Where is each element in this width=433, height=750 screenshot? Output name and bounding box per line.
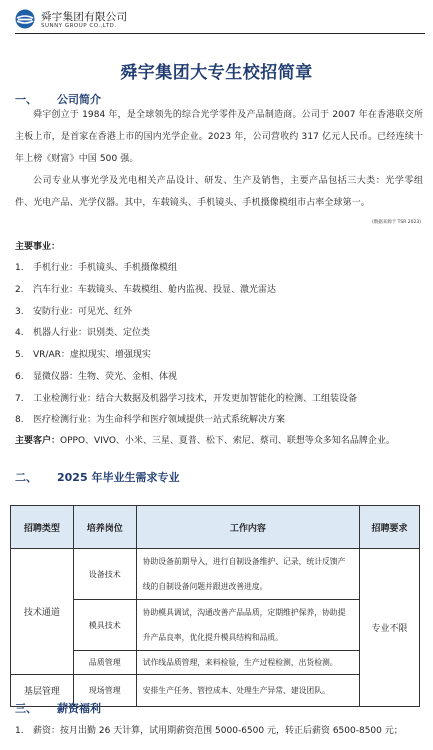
table-header-row: 招聘类型 培养岗位 工作内容 招聘要求 [11,506,420,549]
list-index: 8. [15,415,33,425]
list-text: VR/AR：虚拟现实、增强现实 [33,350,151,360]
list-index: 7. [15,394,33,404]
column-header: 招聘类型 [11,506,74,549]
list-item: 5.VR/AR：虚拟现实、增强现实 [15,347,151,360]
list-index: 1. [15,263,33,273]
page-title: 舜宇集团大专生校招简章 [0,58,433,83]
intro-paragraph-2: 公司专业从事光学及光电相关产品设计、研发、生产及销售，主要产品包括三大类：光学零… [15,170,423,214]
section-number: 三、 [15,700,57,716]
position-cell: 设备技术 [73,549,136,600]
list-text: 显微仪器：生物、荧光、金相、体视 [33,372,177,382]
list-item: 3.安防行业：可见光、红外 [15,304,132,317]
content-cell: 试作线品质管理，来料检验，生产过程检测，出货检测。 [136,651,359,675]
company-name-en: SUNNY GROUP CO.,LTD. [41,23,116,29]
list-text: 机器人行业：识别类、定位类 [33,328,150,338]
list-index: 5. [15,350,33,360]
list-index: 2. [15,285,33,295]
section-title: 薪资福利 [57,702,101,715]
requirement-cell: 专业不限 [360,549,420,707]
customers-text: OPPO、VIVO、小米、三星、夏普、松下、索尼、蔡司、联想等众多知名品牌企业。 [60,436,395,446]
data-source-note: (数据来源于 TSR 2023) [372,219,421,225]
customers-label: 主要客户： [15,436,60,446]
section-heading-salary: 三、薪资福利 [15,700,101,716]
recruitment-table: 招聘类型 培养岗位 工作内容 招聘要求 技术通道 设备技术 协助设备前期导入，进… [10,505,420,707]
section-title: 2025 年毕业生需求专业 [57,471,179,484]
document-header: 舜宇集团有限公司 SUNNY GROUP CO.,LTD. [15,8,425,34]
list-item: 4.机器人行业：识别类、定位类 [15,325,150,338]
list-index: 1. [15,726,33,736]
main-customers: 主要客户：OPPO、VIVO、小米、三星、夏普、松下、索尼、蔡司、联想等众多知名… [15,433,395,446]
column-header: 工作内容 [136,506,359,549]
list-text: 工业检测行业：结合大数据及机器学习技术，开发更加智能化的检测、工组装设备 [33,394,357,404]
list-text: 安防行业：可见光、红外 [33,307,132,317]
list-index: 3. [15,307,33,317]
position-cell: 品质管理 [73,651,136,675]
section-number: 二、 [15,469,57,485]
position-cell: 模具技术 [73,600,136,651]
list-text: 医疗检测行业：为生命科学和医疗领域提供一站式系统解决方案 [33,415,285,425]
content-cell: 协助模具调试，沟通改善产品品质，定期维护保养，协助提升产品良率，优化提升模具结构… [136,600,359,651]
list-item: 6.显微仪器：生物、荧光、金相、体视 [15,369,177,382]
column-header: 招聘要求 [360,506,420,549]
content-cell: 安排生产任务、管控成本、处理生产异常、建设团队。 [136,675,359,707]
list-item: 1.手机行业：手机镜头、手机摄像模组 [15,260,177,273]
intro-paragraph-1: 舜宇创立于 1984 年，是全球领先的综合光学零件及产品制造商。公司于 2007… [15,104,423,170]
list-text: 薪资：按月出勤 26 天计算，试用期薪资范围 5000-6500 元，转正后薪资… [33,726,403,736]
table-row: 技术通道 设备技术 协助设备前期导入，进行自制设备维护、记录，统计反馈产线的自制… [11,549,420,600]
list-index: 6. [15,372,33,382]
sunny-logo-icon [15,9,35,29]
company-name-cn: 舜宇集团有限公司 [41,9,127,24]
list-item: 8.医疗检测行业：为生命科学和医疗领域提供一站式系统解决方案 [15,412,285,425]
list-item: 2.汽车行业：车载镜头、车载模组、舱内监视、投显、激光雷达 [15,282,276,295]
list-item: 7.工业检测行业：结合大数据及机器学习技术，开发更加智能化的检测、工组装设备 [15,391,357,404]
section-heading-majors: 二、2025 年毕业生需求专业 [15,469,179,485]
business-label: 主要事业： [15,239,60,252]
content-cell: 协助设备前期导入，进行自制设备维护、记录，统计反馈产线的自制设备问题并跟进改善进… [136,549,359,600]
list-item: 1.薪资：按月出勤 26 天计算，试用期薪资范围 5000-6500 元，转正后… [15,723,403,736]
column-header: 培养岗位 [73,506,136,549]
list-text: 汽车行业：车载镜头、车载模组、舱内监视、投显、激光雷达 [33,285,276,295]
recruit-type-cell: 技术通道 [11,549,74,675]
list-text: 手机行业：手机镜头、手机摄像模组 [33,263,177,273]
list-index: 4. [15,328,33,338]
